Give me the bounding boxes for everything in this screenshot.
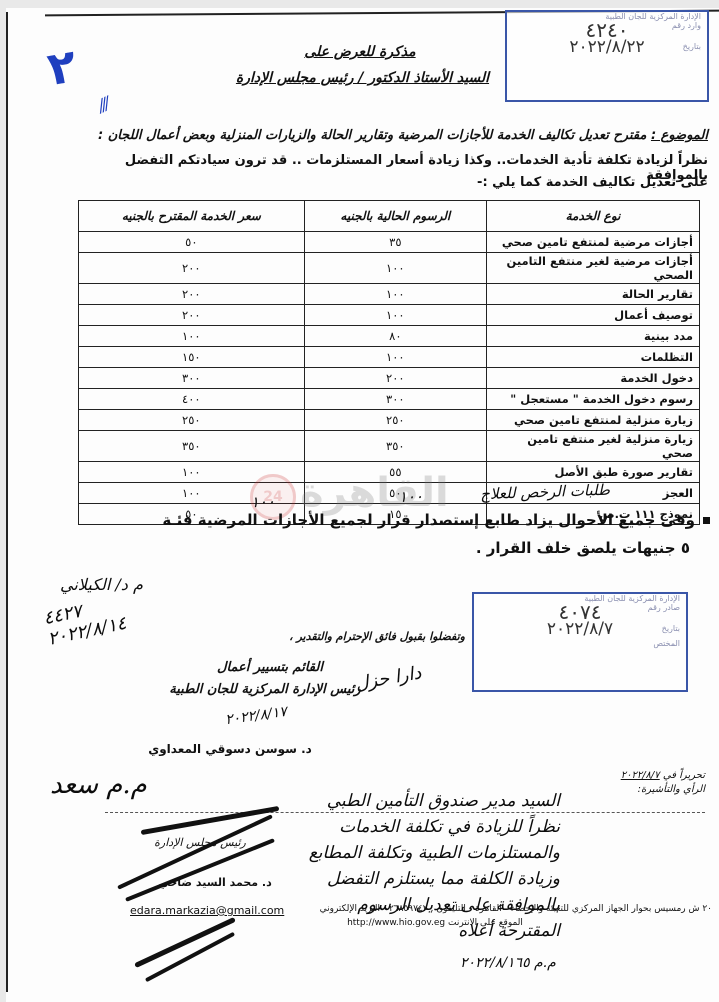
opinion-label: الرأي والتأشيرة: bbox=[580, 784, 705, 795]
current-fee: ٢٥٠ bbox=[304, 410, 486, 431]
bullet-line-1: وفى جميع الأحوال يزاد طابع إستصدار قرار … bbox=[162, 511, 695, 529]
stamp-date: ٢٠٢٢/٨/٢٢ bbox=[507, 37, 707, 57]
memo-title: مذكرة للعرض على bbox=[250, 44, 470, 60]
table-row: دخول الخدمة٢٠٠٣٠٠ bbox=[79, 368, 700, 389]
board-name: د. محمد السيد ضاحي bbox=[140, 876, 290, 889]
footer-website-label: الموقع على الانترنت bbox=[448, 918, 523, 928]
table-row: رسوم دخول الخدمة " مستعجل "٣٠٠٤٠٠ bbox=[79, 389, 700, 410]
closing-line: وتفضلوا بقبول فائق الإحترام والتقدير ، bbox=[225, 630, 465, 643]
outgoing-stamp: الإدارة المركزية للجان الطبية صادر رقم ٤… bbox=[472, 592, 688, 692]
service-name: زيارة منزلية لمنتفع تامين صحي bbox=[487, 410, 700, 431]
proposed-fee: ٥٠ bbox=[79, 232, 305, 253]
proposed-fee: ٢٠٠ bbox=[79, 284, 305, 305]
header-proposed-fee: سعر الخدمة المقترح بالجنيه bbox=[79, 201, 305, 232]
bullet-icon bbox=[703, 517, 710, 524]
service-name: تقارير صورة طبق الأصل bbox=[487, 462, 700, 483]
subject-text: مقترح تعديل تكاليف الخدمة للأجازات المرض… bbox=[98, 128, 646, 143]
current-fee: ٢٠٠ bbox=[304, 368, 486, 389]
stamp-recipient: المختص bbox=[474, 639, 686, 648]
table-row: أجازات مرضية لغير منتفع التامين الصحي١٠٠… bbox=[79, 253, 700, 284]
service-name: توصيف أعمال bbox=[487, 305, 700, 326]
current-fee: ٣٥ bbox=[304, 232, 486, 253]
service-name: تقارير الحالة bbox=[487, 284, 700, 305]
handwritten-bottom-date: م.م ٢٠٢٢/٨/١٦٥ bbox=[460, 955, 556, 971]
intro-line-2: على تعديل تكاليف الخدمة كما يلي :- bbox=[330, 175, 708, 190]
memo-addressee: السيد الأستاذ الدكتور / رئيس مجلس الإدار… bbox=[235, 70, 490, 86]
service-name: أجازات مرضية لمنتفع تامين صحي bbox=[487, 232, 700, 253]
subject-label: الموضوع : bbox=[651, 128, 708, 143]
table-row: مدد بينية٨٠١٠٠ bbox=[79, 326, 700, 347]
approval-date-label: تحريراً في bbox=[663, 770, 705, 781]
table-row: توصيف أعمال١٠٠٢٠٠ bbox=[79, 305, 700, 326]
board-title: رئيس مجلس الإدارة bbox=[130, 836, 270, 849]
page-edge-line bbox=[6, 12, 8, 992]
proposed-fee: ٤٠٠ bbox=[79, 389, 305, 410]
header-service-type: نوع الخدمة bbox=[487, 201, 700, 232]
proposed-fee: ٢٠٠ bbox=[79, 305, 305, 326]
proposed-fee: ٣٥٠ bbox=[79, 431, 305, 462]
table-row: تقارير الحالة١٠٠٢٠٠ bbox=[79, 284, 700, 305]
current-fee: ١٠٠ bbox=[304, 284, 486, 305]
signatory-title-1: القائم بتسيير أعمال bbox=[190, 660, 350, 675]
table-header-row: نوع الخدمة الرسوم الحالية بالجنيه سعر ال… bbox=[79, 201, 700, 232]
table-row: زيارة منزلية لغير منتفع تامين صحي٣٥٠٣٥٠ bbox=[79, 431, 700, 462]
current-fee: ٨٠ bbox=[304, 326, 486, 347]
footer-website: http://www.hio.gov.eg الموقع على الانترن… bbox=[290, 918, 580, 928]
footer-email-link[interactable]: edara.markazia@gmail.com bbox=[130, 904, 284, 917]
proposed-fee: ٢٥٠ bbox=[79, 410, 305, 431]
current-fee: ٣٠٠ bbox=[304, 389, 486, 410]
proposed-fee: ٣٠٠ bbox=[79, 368, 305, 389]
footer-website-url[interactable]: http://www.hio.gov.eg bbox=[347, 918, 445, 928]
service-name: زيارة منزلية لغير منتفع تامين صحي bbox=[487, 431, 700, 462]
handwritten-note-current: ١٠٠ bbox=[399, 487, 424, 506]
handwritten-signature-left: م.م سعد bbox=[50, 770, 147, 800]
current-fee: ١٠٠ bbox=[304, 253, 486, 284]
proposed-fee: ١٠٠ bbox=[79, 326, 305, 347]
table-row: التظلمات١٠٠١٥٠ bbox=[79, 347, 700, 368]
signatory-title-2: رئيس الإدارة المركزية للجان الطبية bbox=[160, 682, 370, 697]
table-row: زيارة منزلية لمنتفع تامين صحي٢٥٠٢٥٠ bbox=[79, 410, 700, 431]
current-fee: ٣٥٠ bbox=[304, 431, 486, 462]
bullet-line-2: ٥ جنيهات يلصق خلف القرار . bbox=[90, 534, 690, 562]
service-name: التظلمات bbox=[487, 347, 700, 368]
proposed-fee: ٢٠٠ bbox=[79, 253, 305, 284]
proposed-fee: ١٥٠ bbox=[79, 347, 305, 368]
footer-address: ٢٠ ش رمسيس بحوار الجهاز المركزي للتعبئة … bbox=[280, 904, 712, 914]
header-current-fee: الرسوم الحالية بالجنيه bbox=[304, 201, 486, 232]
current-fee: ١٠٠ bbox=[304, 347, 486, 368]
signatory-name: د. سوسن دسوقي المعداوي bbox=[140, 742, 320, 756]
approval-date-value: ٢٠٢٢/٨/٧ bbox=[621, 770, 660, 781]
current-fee: ١٠٠ bbox=[304, 305, 486, 326]
handwritten-left-note: م د/ الكيلاني bbox=[60, 575, 143, 594]
incoming-stamp: الإدارة المركزية للجان الطبية وارد رقم ٤… bbox=[505, 10, 709, 102]
service-name: أجازات مرضية لغير منتفع التامين الصحي bbox=[487, 253, 700, 284]
bullet-note: وفى جميع الأحوال يزاد طابع إستصدار قرار … bbox=[90, 506, 710, 562]
service-name: مدد بينية bbox=[487, 326, 700, 347]
table-row: أجازات مرضية لمنتفع تامين صحي٣٥٥٠ bbox=[79, 232, 700, 253]
service-name: دخول الخدمة bbox=[487, 368, 700, 389]
service-name: رسوم دخول الخدمة " مستعجل " bbox=[487, 389, 700, 410]
stamp-date: ٢٠٢٢/٨/٧ bbox=[474, 619, 686, 639]
approval-date: تحريراً في ٢٠٢٢/٨/٧ bbox=[555, 770, 705, 781]
subject-line: الموضوع : مقترح تعديل تكاليف الخدمة للأج… bbox=[88, 128, 708, 143]
